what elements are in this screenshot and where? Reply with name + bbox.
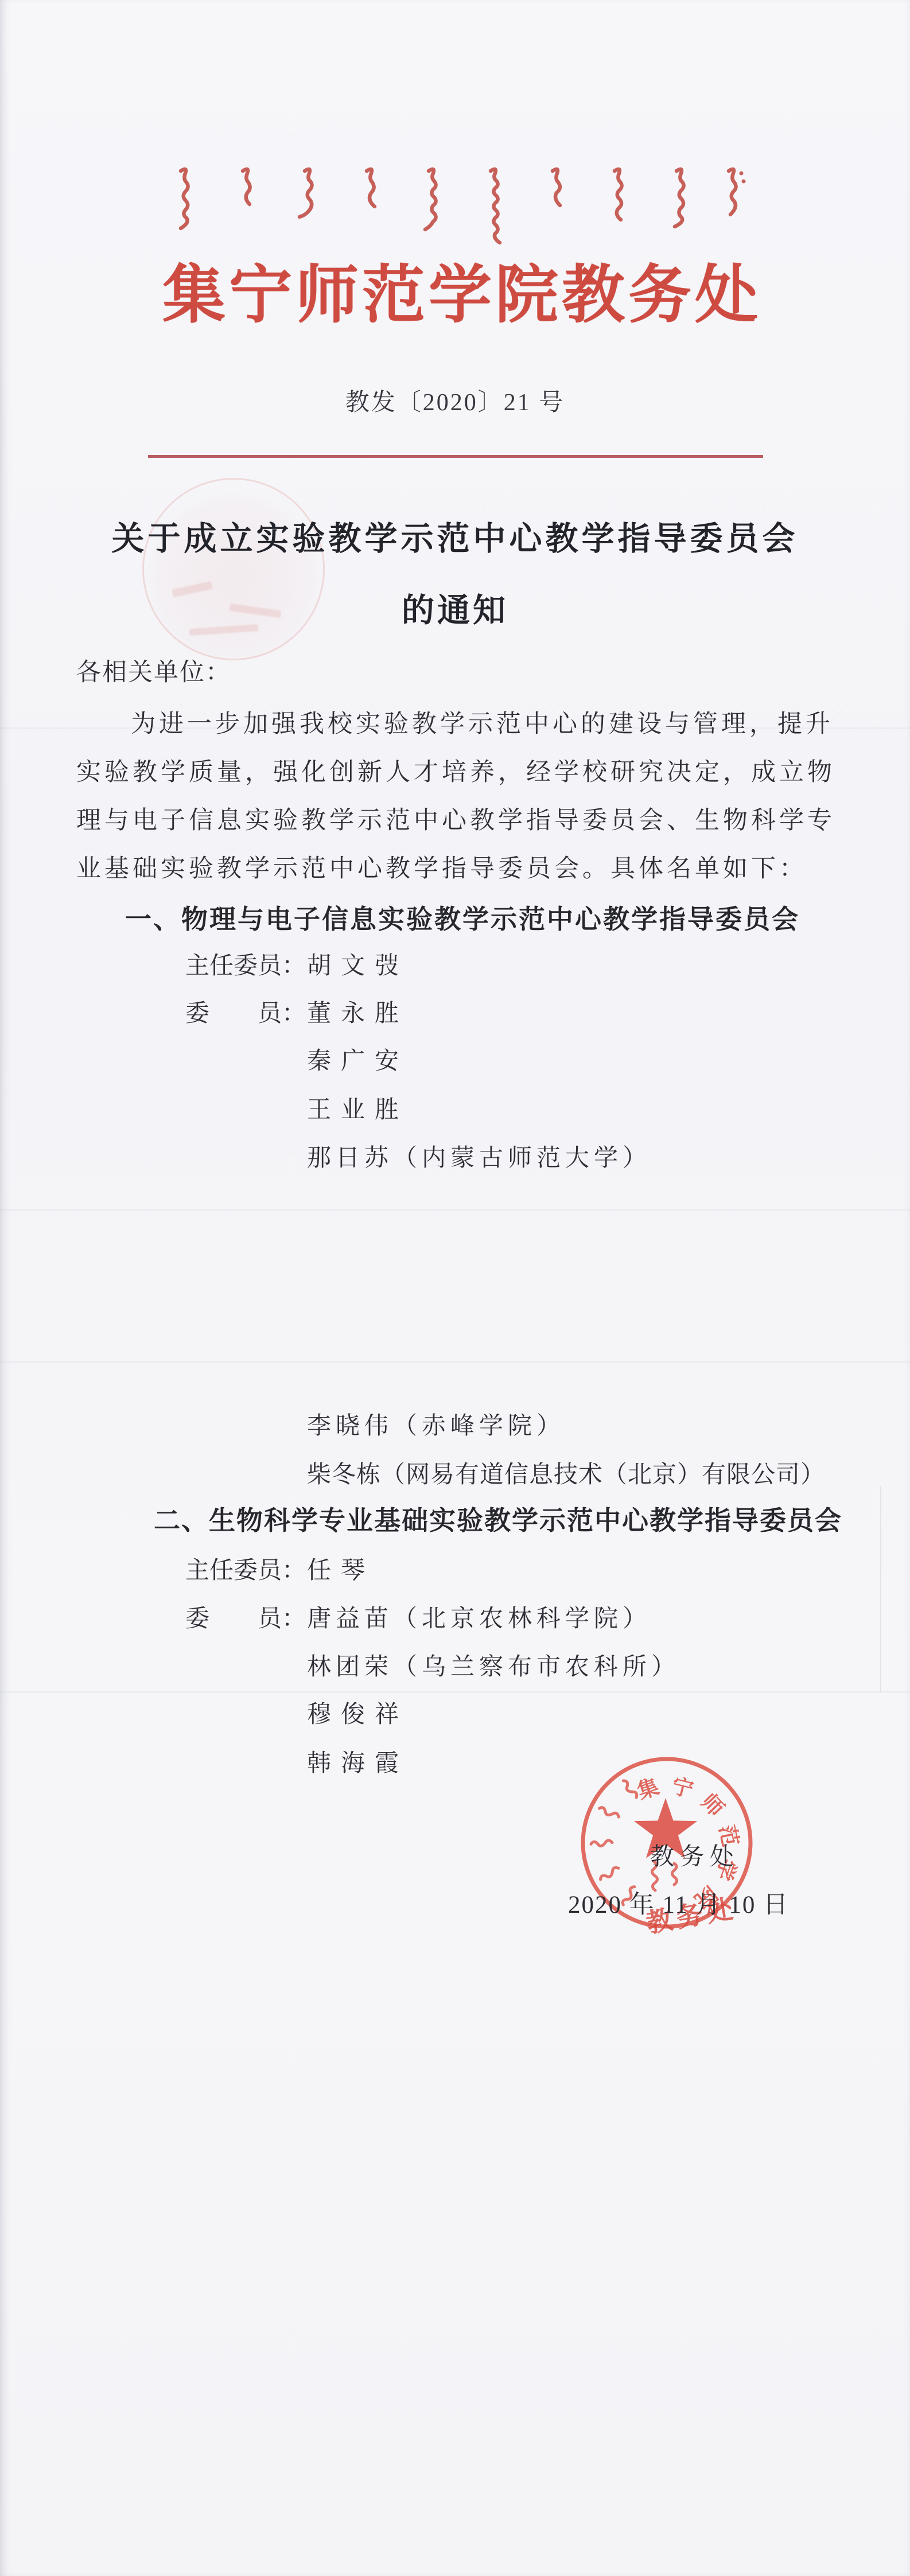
chair-name: 胡文弢 [307, 947, 409, 981]
scan-artifact-line [0, 1691, 910, 1692]
masthead-divider-line [148, 455, 763, 458]
section2-heading: 二、生物科学专业基础实验教学示范中心教学指导委员会 [154, 1500, 842, 1538]
body-paragraph-line: 理与电子信息实验教学示范中心教学指导委员会、生物科学专 [76, 806, 835, 836]
body-paragraph-line: 为进一步加强我校实验教学示范中心的建设与管理，提升 [131, 709, 834, 740]
mongolian-glyph [675, 169, 684, 227]
member-label: 委 员： [185, 994, 306, 1029]
closing-department: 教务处 [650, 1838, 740, 1872]
scanned-notice-page: 集宁师范学院教务处 教发〔2020〕21 号 关于成立实验教学示范中心教学指导委… [0, 0, 910, 2576]
member-name: 唐益苗（北京农林科学院） [307, 1600, 651, 1634]
section1-heading: 一、物理与电子信息实验教学示范中心教学指导委员会 [125, 898, 800, 936]
scan-artifact-line [0, 1361, 910, 1363]
closing-date: 2020 年 11 月 10 日 [568, 1885, 789, 1920]
mongolian-glyph [367, 169, 375, 207]
body-paragraph-line: 实验教学质量，强化创新人才培养，经学校研究决定，成立物 [76, 757, 835, 788]
scan-artifact-line [0, 1209, 910, 1211]
member-label: 委 员： [185, 1600, 306, 1634]
mongolian-glyph [615, 169, 622, 220]
body-paragraph-line: 业基础实验教学示范中心教学指导委员会。具体名单如下： [76, 854, 807, 885]
faint-stamp-bleedthrough [142, 478, 325, 660]
member-name: 王业胜 [307, 1091, 409, 1125]
mongolian-dot [742, 180, 746, 184]
scan-artifact-line [0, 727, 910, 729]
mongolian-glyph [425, 169, 436, 229]
mongolian-glyph [300, 169, 312, 217]
notice-title-line2: 的通知 [0, 584, 910, 631]
member-name: 秦广安 [307, 1042, 409, 1076]
member-name: 韩海霞 [307, 1744, 409, 1779]
seal-mongolian-glyph [591, 1840, 612, 1846]
mongolian-glyph [181, 169, 188, 228]
salutation: 各相关单位： [76, 657, 231, 688]
mongolian-glyph [553, 169, 560, 205]
mongolian-glyph [243, 169, 250, 204]
chair-label: 主任委员： [185, 947, 306, 981]
notice-title-line1: 关于成立实验教学示范中心教学指导委员会 [0, 512, 910, 559]
mongolian-glyph [729, 169, 736, 215]
scan-artifact-line [880, 1486, 881, 1692]
member-name: 董永胜 [307, 994, 409, 1029]
member-name: 李晓伟（赤峰学院） [307, 1407, 565, 1441]
mongolian-dot [740, 172, 744, 176]
doc-number: 教发〔2020〕21 号 [0, 383, 910, 418]
mongolian-glyph [491, 169, 500, 243]
mongolian-script-header [169, 164, 749, 250]
member-name: 穆俊祥 [307, 1695, 409, 1730]
member-name: 那日苏（内蒙古师范大学） [307, 1139, 651, 1173]
masthead-org-name: 集宁师范学院教务处 [162, 261, 761, 330]
chair-name: 任琴 [307, 1551, 375, 1586]
seal-mongolian-glyph [598, 1805, 620, 1820]
seal-mongolian-glyph [599, 1866, 620, 1881]
chair-label: 主任委员： [185, 1551, 306, 1586]
member-name: 柴冬栋（网易有道信息技术（北京）有限公司） [307, 1456, 825, 1490]
member-name: 林团荣（乌兰察布市农科所） [307, 1648, 680, 1682]
